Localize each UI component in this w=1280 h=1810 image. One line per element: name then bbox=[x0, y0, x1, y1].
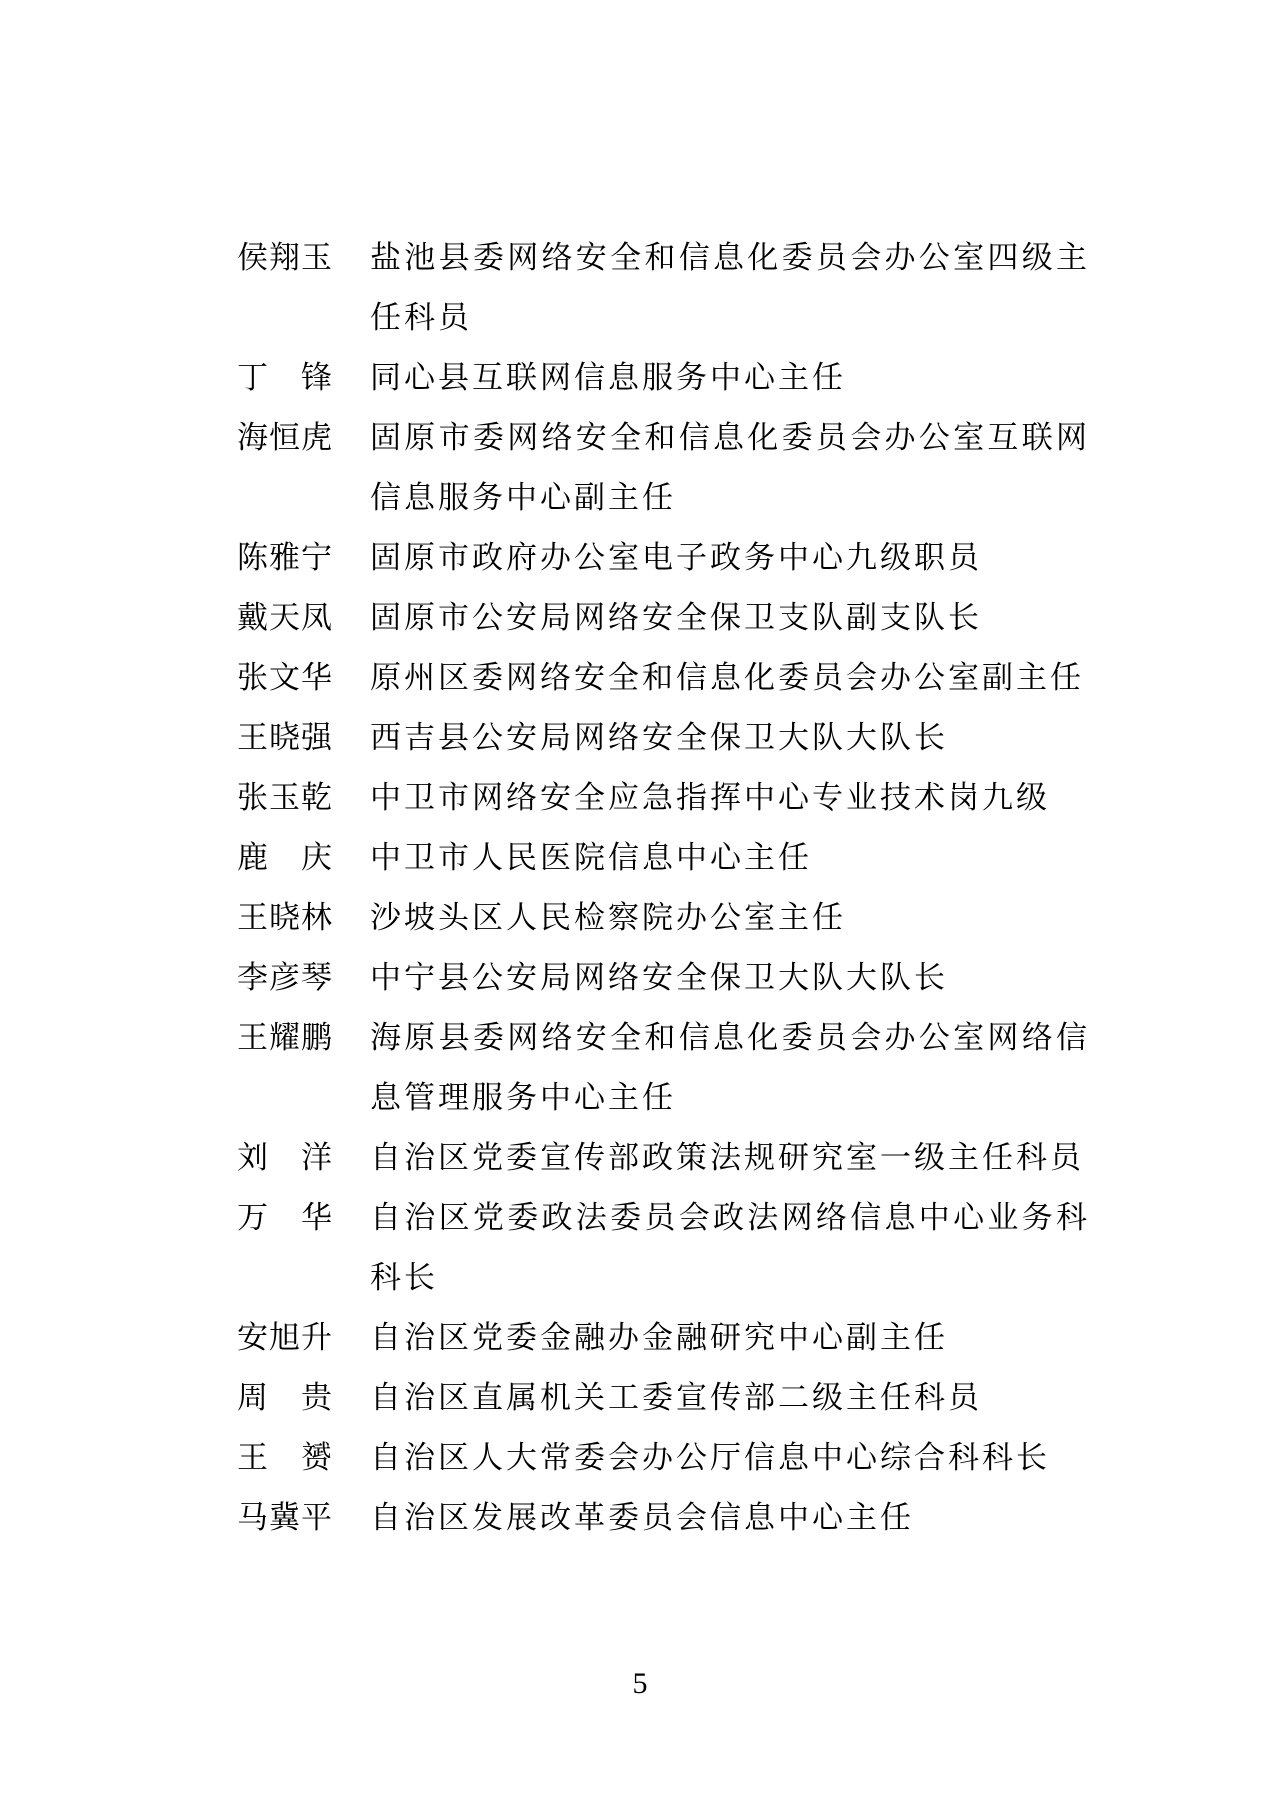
roster-entry: 侯翔玉 盐池县委网络安全和信息化委员会办公室四级主任科员 bbox=[237, 228, 1097, 348]
roster-entry: 周 贵 自治区直属机关工委宣传部二级主任科员 bbox=[237, 1368, 1097, 1428]
person-name: 安旭升 bbox=[237, 1308, 333, 1368]
person-title: 西吉县公安局网络安全保卫大队大队长 bbox=[370, 708, 1090, 768]
person-title: 原州区委网络安全和信息化委员会办公室副主任 bbox=[370, 648, 1090, 708]
person-title: 自治区发展改革委员会信息中心主任 bbox=[370, 1488, 1090, 1548]
person-title: 同心县互联网信息服务中心主任 bbox=[370, 348, 1090, 408]
roster-entry: 安旭升 自治区党委金融办金融研究中心副主任 bbox=[237, 1308, 1097, 1368]
person-title: 中卫市人民医院信息中心主任 bbox=[370, 828, 1090, 888]
person-title: 固原市公安局网络安全保卫支队副支队长 bbox=[370, 588, 1090, 648]
roster-entry: 戴天凤 固原市公安局网络安全保卫支队副支队长 bbox=[237, 588, 1097, 648]
roster-entry: 陈雅宁 固原市政府办公室电子政务中心九级职员 bbox=[237, 528, 1097, 588]
person-title: 固原市政府办公室电子政务中心九级职员 bbox=[370, 528, 1090, 588]
person-title: 海原县委网络安全和信息化委员会办公室网络信息管理服务中心主任 bbox=[370, 1008, 1090, 1128]
roster-entry: 王晓林 沙坡头区人民检察院办公室主任 bbox=[237, 888, 1097, 948]
person-title: 自治区党委金融办金融研究中心副主任 bbox=[370, 1308, 1090, 1368]
roster-entry: 海恒虎 固原市委网络安全和信息化委员会办公室互联网信息服务中心副主任 bbox=[237, 408, 1097, 528]
person-name: 侯翔玉 bbox=[237, 228, 333, 288]
roster-entry: 李彦琴 中宁县公安局网络安全保卫大队大队长 bbox=[237, 948, 1097, 1008]
roster-entry: 马冀平 自治区发展改革委员会信息中心主任 bbox=[237, 1488, 1097, 1548]
roster-entry: 王耀鹏 海原县委网络安全和信息化委员会办公室网络信息管理服务中心主任 bbox=[237, 1008, 1097, 1128]
person-name: 海恒虎 bbox=[237, 408, 333, 468]
person-title: 固原市委网络安全和信息化委员会办公室互联网信息服务中心副主任 bbox=[370, 408, 1090, 528]
roster-entry: 王 赟 自治区人大常委会办公厅信息中心综合科科长 bbox=[237, 1428, 1097, 1488]
person-title: 自治区党委宣传部政策法规研究室一级主任科员 bbox=[370, 1128, 1090, 1188]
person-name: 王晓林 bbox=[237, 888, 333, 948]
person-name: 周 贵 bbox=[237, 1368, 333, 1428]
person-name: 丁 锋 bbox=[237, 348, 333, 408]
document-page: 侯翔玉 盐池县委网络安全和信息化委员会办公室四级主任科员 丁 锋 同心县互联网信… bbox=[0, 0, 1280, 1810]
person-title: 自治区人大常委会办公厅信息中心综合科科长 bbox=[370, 1428, 1090, 1488]
person-name: 张玉乾 bbox=[237, 768, 333, 828]
roster-entry: 张文华 原州区委网络安全和信息化委员会办公室副主任 bbox=[237, 648, 1097, 708]
person-name: 王 赟 bbox=[237, 1428, 333, 1488]
person-name: 戴天凤 bbox=[237, 588, 333, 648]
roster-entry: 张玉乾 中卫市网络安全应急指挥中心专业技术岗九级 bbox=[237, 768, 1097, 828]
person-name: 王晓强 bbox=[237, 708, 333, 768]
roster-entry: 万 华 自治区党委政法委员会政法网络信息中心业务科科长 bbox=[237, 1188, 1097, 1308]
roster-list: 侯翔玉 盐池县委网络安全和信息化委员会办公室四级主任科员 丁 锋 同心县互联网信… bbox=[237, 228, 1097, 1548]
person-name: 鹿 庆 bbox=[237, 828, 333, 888]
person-name: 陈雅宁 bbox=[237, 528, 333, 588]
roster-entry: 王晓强 西吉县公安局网络安全保卫大队大队长 bbox=[237, 708, 1097, 768]
person-title: 沙坡头区人民检察院办公室主任 bbox=[370, 888, 1090, 948]
person-name: 刘 洋 bbox=[237, 1128, 333, 1188]
page-number: 5 bbox=[0, 1668, 1280, 1700]
person-title: 自治区直属机关工委宣传部二级主任科员 bbox=[370, 1368, 1090, 1428]
person-title: 中宁县公安局网络安全保卫大队大队长 bbox=[370, 948, 1090, 1008]
roster-entry: 鹿 庆 中卫市人民医院信息中心主任 bbox=[237, 828, 1097, 888]
person-title: 盐池县委网络安全和信息化委员会办公室四级主任科员 bbox=[370, 228, 1090, 348]
person-title: 自治区党委政法委员会政法网络信息中心业务科科长 bbox=[370, 1188, 1090, 1308]
roster-entry: 刘 洋 自治区党委宣传部政策法规研究室一级主任科员 bbox=[237, 1128, 1097, 1188]
person-name: 李彦琴 bbox=[237, 948, 333, 1008]
roster-entry: 丁 锋 同心县互联网信息服务中心主任 bbox=[237, 348, 1097, 408]
person-title: 中卫市网络安全应急指挥中心专业技术岗九级 bbox=[370, 768, 1090, 828]
person-name: 张文华 bbox=[237, 648, 333, 708]
person-name: 王耀鹏 bbox=[237, 1008, 333, 1068]
person-name: 马冀平 bbox=[237, 1488, 333, 1548]
person-name: 万 华 bbox=[237, 1188, 333, 1248]
